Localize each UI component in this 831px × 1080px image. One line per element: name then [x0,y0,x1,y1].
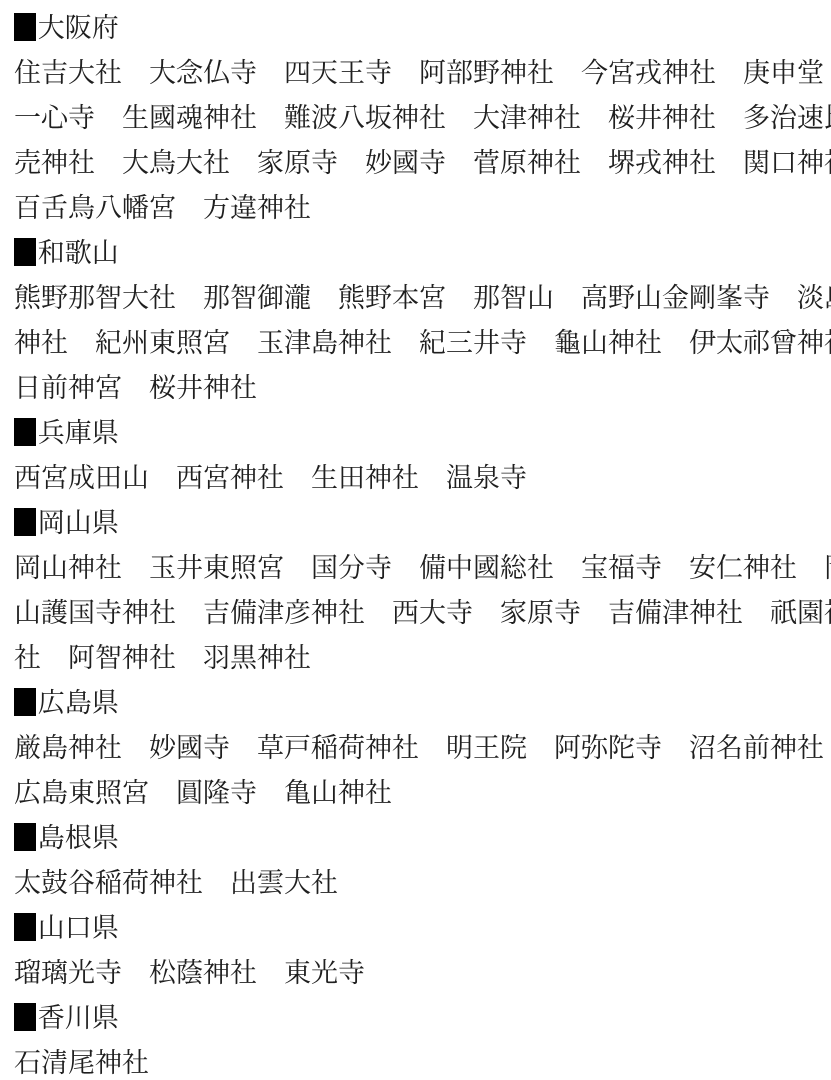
text-line: 広島東照宮 圓隆寺 亀山神社 [14,771,817,816]
text-line: 一心寺 生國魂神社 難波八坂神社 大津神社 桜井神社 多治速比 [14,96,817,141]
text-line: 熊野那智大社 那智御瀧 熊野本宮 那智山 高野山金剛峯寺 淡島 [14,276,817,321]
black-square-icon [14,688,36,716]
text-line: 神社 紀州東照宮 玉津島神社 紀三井寺 龜山神社 伊太祁曾神社 [14,321,817,366]
black-square-icon [14,418,36,446]
section-heading-label: 広島県 [38,688,119,718]
section-heading-label: 兵庫県 [38,418,119,448]
text-line: 厳島神社 妙國寺 草戸稲荷神社 明王院 阿弥陀寺 沼名前神社 [14,726,817,771]
section-heading: 大阪府 [14,6,817,51]
section-heading: 広島県 [14,681,817,726]
section-heading: 山口県 [14,906,817,951]
section-heading-label: 山口県 [38,913,119,943]
black-square-icon [14,238,36,266]
section-heading: 岡山県 [14,501,817,546]
black-square-icon [14,913,36,941]
section-heading-label: 岡山県 [38,508,119,538]
text-line: 石清尾神社 [14,1041,817,1080]
text-line: 岡山神社 玉井東照宮 国分寺 備中國総社 宝福寺 安仁神社 岡 [14,546,817,591]
text-line: 社 阿智神社 羽黒神社 [14,636,817,681]
text-line: 百舌鳥八幡宮 方違神社 [14,186,817,231]
document-body: 大阪府住吉大社 大念仏寺 四天王寺 阿部野神社 今宮戎神社 庚申堂一心寺 生國魂… [0,0,831,1080]
text-line: 売神社 大鳥大社 家原寺 妙國寺 菅原神社 堺戎神社 関口神社 [14,141,817,186]
text-line: 瑠璃光寺 松蔭神社 東光寺 [14,951,817,996]
black-square-icon [14,823,36,851]
section-heading-label: 島根県 [38,823,119,853]
section-heading-label: 大阪府 [38,13,119,43]
section-heading: 兵庫県 [14,411,817,456]
section-heading: 島根県 [14,816,817,861]
text-line: 山護国寺神社 吉備津彦神社 西大寺 家原寺 吉備津神社 祇園神 [14,591,817,636]
black-square-icon [14,13,36,41]
section-heading: 和歌山 [14,231,817,276]
text-line: 住吉大社 大念仏寺 四天王寺 阿部野神社 今宮戎神社 庚申堂 [14,51,817,96]
black-square-icon [14,1003,36,1031]
text-line: 日前神宮 桜井神社 [14,366,817,411]
section-heading-label: 和歌山 [38,238,119,268]
text-line: 西宮成田山 西宮神社 生田神社 温泉寺 [14,456,817,501]
section-heading-label: 香川県 [38,1003,119,1033]
section-heading: 香川県 [14,996,817,1041]
black-square-icon [14,508,36,536]
text-line: 太鼓谷稲荷神社 出雲大社 [14,861,817,906]
